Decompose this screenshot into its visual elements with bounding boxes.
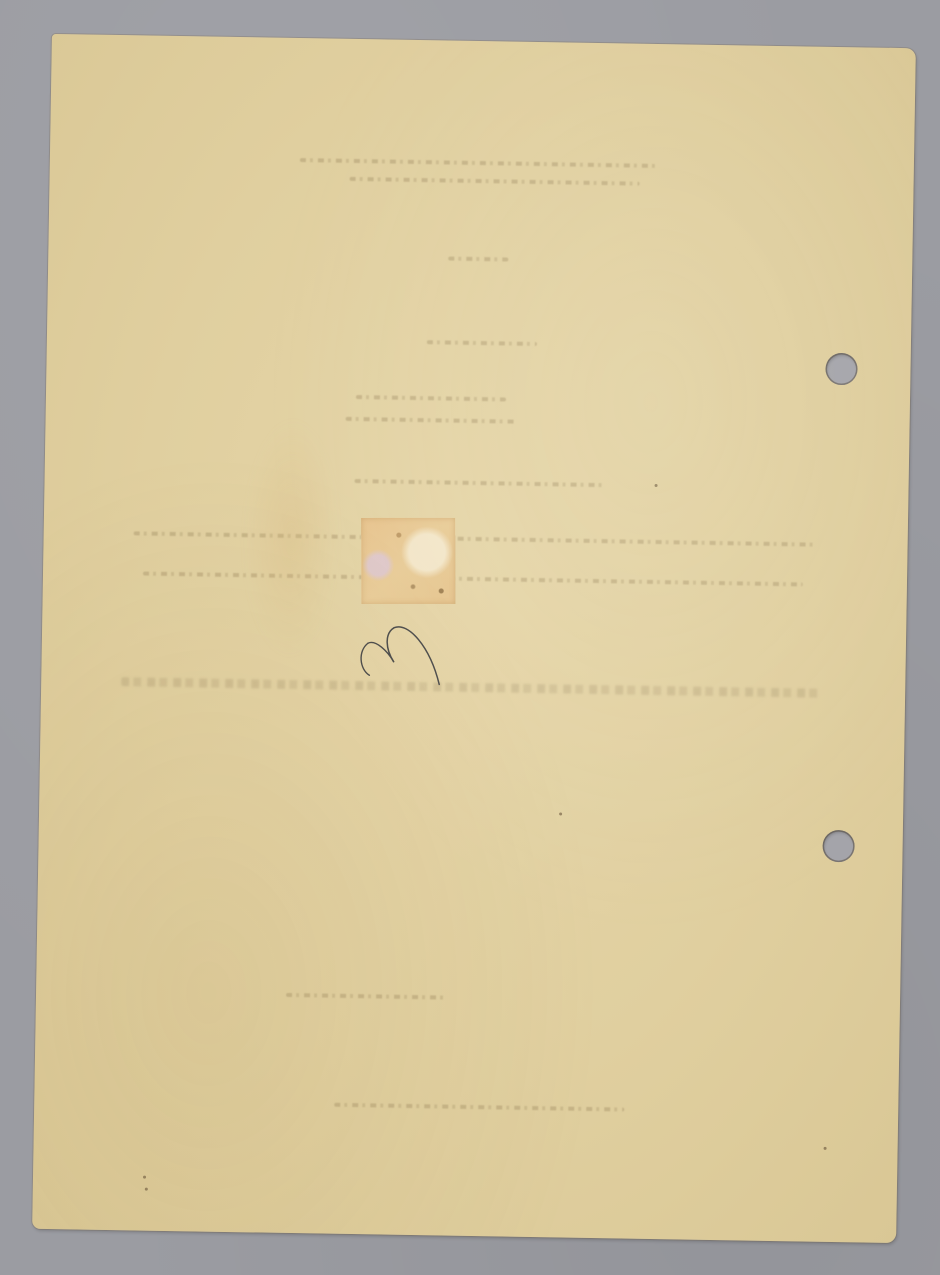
show-through-line xyxy=(356,395,506,401)
show-through-line xyxy=(334,1103,624,1112)
show-through-line xyxy=(143,572,803,587)
show-through-heading xyxy=(121,677,821,698)
punch-hole-upper xyxy=(825,353,858,386)
show-through-line xyxy=(300,158,660,168)
show-through-line xyxy=(427,340,537,346)
show-through-line xyxy=(355,479,605,487)
paper-speck xyxy=(143,1176,146,1179)
show-through-line xyxy=(346,417,516,424)
punch-hole-lower xyxy=(822,830,855,863)
paper-speck xyxy=(145,1188,148,1191)
paper-speck xyxy=(655,484,658,487)
paper-sheet xyxy=(32,34,916,1243)
show-through-line xyxy=(286,993,446,1000)
handwritten-number-3 xyxy=(353,605,454,697)
show-through-line xyxy=(350,177,640,186)
paper-speck xyxy=(824,1147,827,1150)
paper-speck xyxy=(559,812,562,815)
stamp-residue xyxy=(361,518,455,604)
oval-stain xyxy=(242,417,341,659)
show-through-line xyxy=(448,257,508,262)
show-through-line xyxy=(134,531,814,546)
